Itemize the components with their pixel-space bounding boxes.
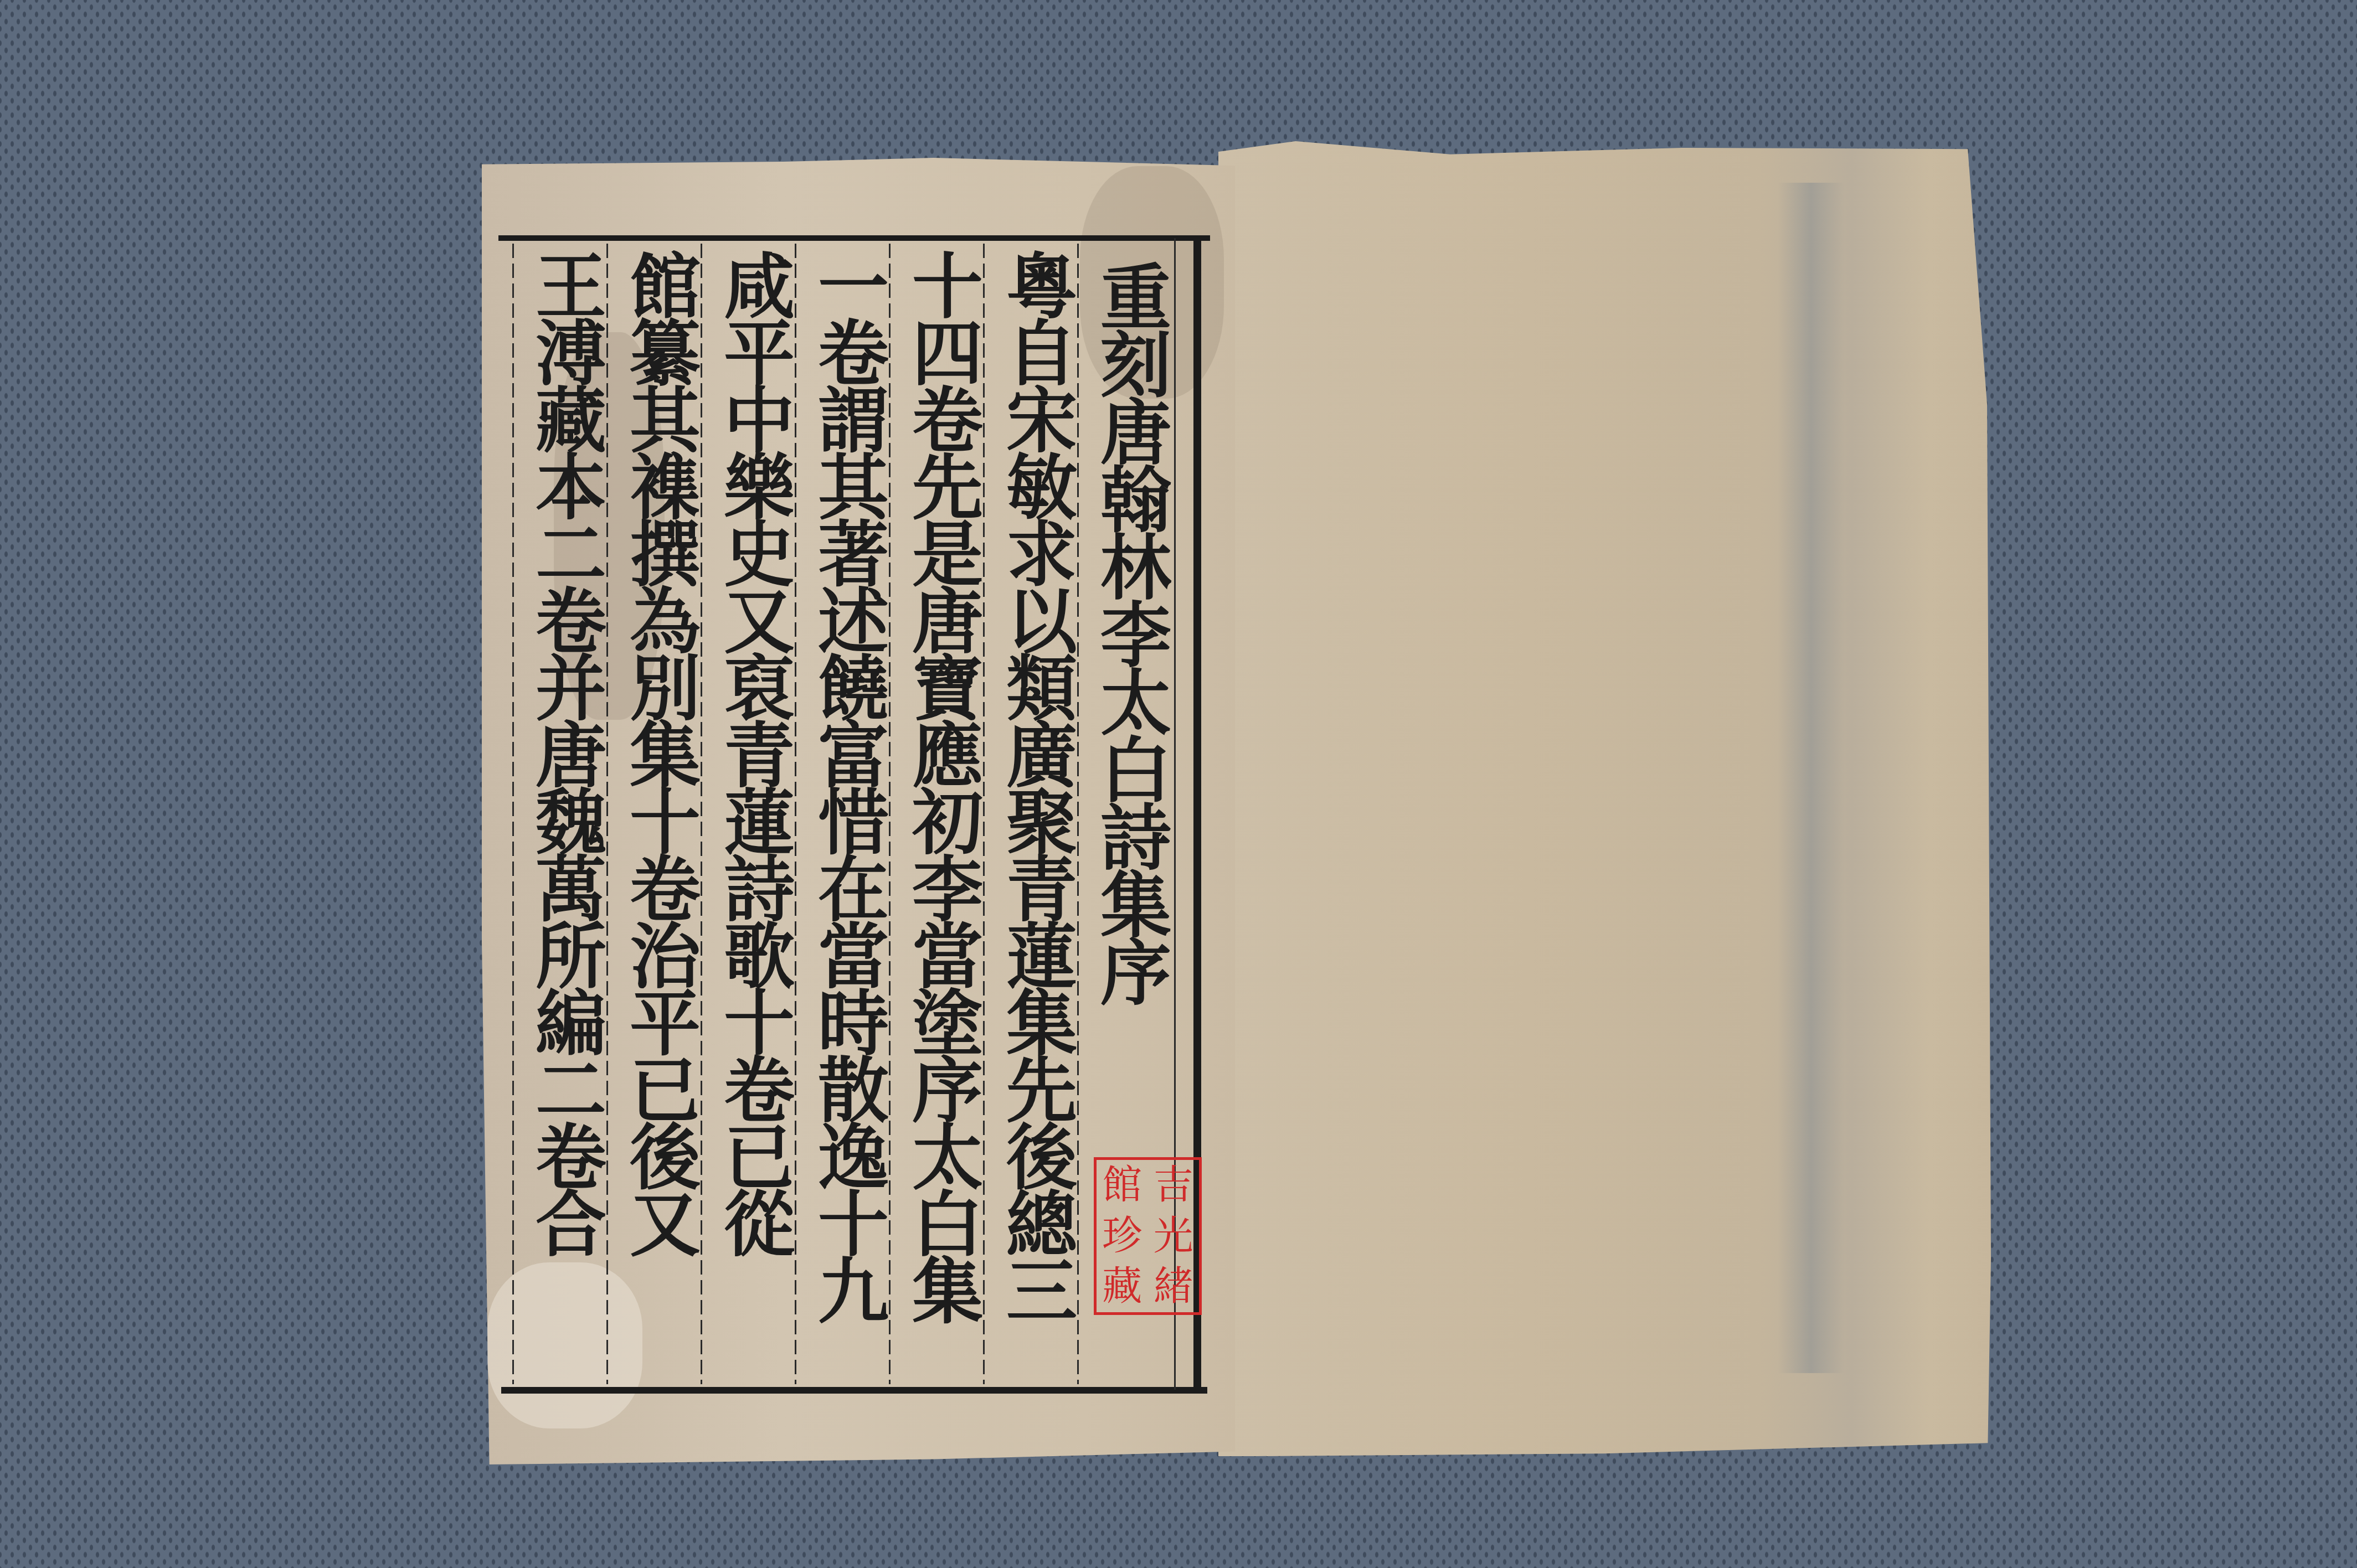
text-column-3: 十四卷先是唐寶應初李當塗序太白集 bbox=[897, 249, 986, 1384]
show-through-text-shadow bbox=[1778, 183, 1844, 1373]
text-column-5: 咸平中樂史又裒青蓮詩歌十卷已從 bbox=[709, 249, 797, 1384]
frame-border-top bbox=[498, 235, 1210, 241]
right-blank-page bbox=[1218, 141, 1991, 1456]
seal-char: 藏 bbox=[1097, 1261, 1148, 1312]
text-column-6: 館纂其襍撰為別集十卷治平已後又 bbox=[615, 249, 703, 1384]
seal-char: 館 bbox=[1097, 1160, 1148, 1211]
text-column-4: 一卷謂其著述饒富惜在當時散逸十九 bbox=[803, 249, 892, 1384]
seal-char: 吉 bbox=[1148, 1160, 1200, 1211]
text-column-2: 粵自宋敏求以類廣聚青蓮集先後總三 bbox=[991, 249, 1080, 1384]
seal-char: 緒 bbox=[1148, 1261, 1200, 1312]
text-column-7: 王溥藏本二卷并唐魏萬所編二卷合 bbox=[521, 249, 609, 1384]
seal-char: 光 bbox=[1148, 1211, 1200, 1262]
column-rule bbox=[512, 244, 514, 1384]
red-collector-seal: 吉 館 光 珍 緒 藏 bbox=[1094, 1157, 1202, 1315]
seal-char: 珍 bbox=[1097, 1211, 1148, 1262]
